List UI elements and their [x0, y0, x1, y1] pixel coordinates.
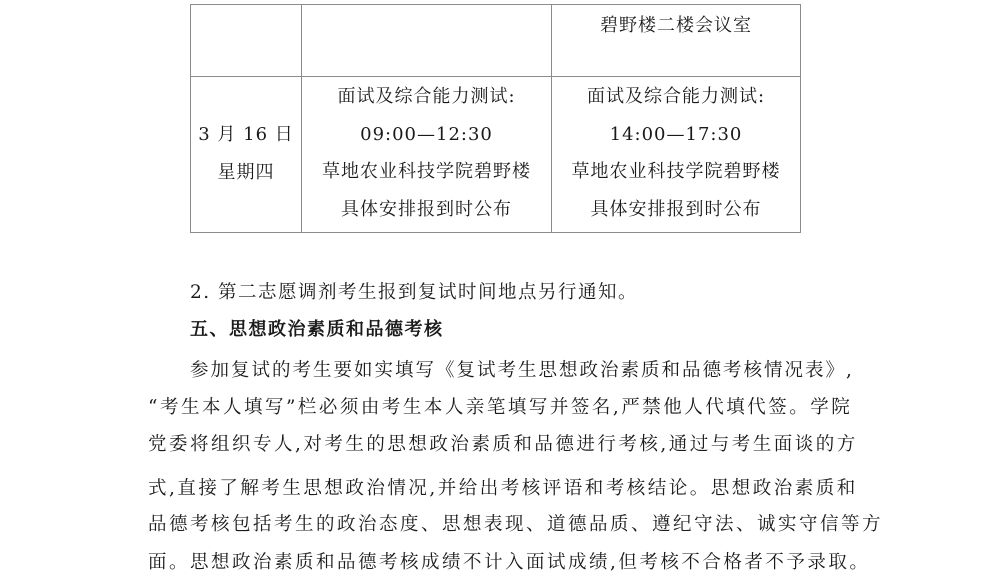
session-note: 具体安排报到时公布 [591, 191, 762, 229]
list-item-2: 2. 第二志愿调剂考生报到复试时间地点另行通知。 [190, 274, 638, 311]
section-heading: 五、思想政治素质和品德考核 [190, 311, 444, 348]
table-row: 3 月 16 日 星期四 面试及综合能力测试: 09:00—12:30 草地农业… [191, 77, 801, 233]
morning-cell [302, 5, 552, 77]
paragraph-line: 面。思想政治素质和品德考核成绩不计入面试成绩,但考核不合格者不予录取。 [148, 544, 870, 581]
schedule-table: 碧野楼二楼会议室 3 月 16 日 星期四 面试及综合能力测试: 09:00—1… [190, 4, 801, 233]
table-row: 碧野楼二楼会议室 [191, 5, 801, 77]
afternoon-cell: 面试及综合能力测试: 14:00—17:30 草地农业科技学院碧野楼 具体安排报… [552, 77, 801, 233]
afternoon-cell: 碧野楼二楼会议室 [552, 5, 801, 77]
paragraph-line: “考生本人填写”栏必须由考生本人亲笔填写并签名,严禁他人代填代签。学院 [148, 389, 852, 426]
paragraph-line: 品德考核包括考生的政治态度、思想表现、道德品质、遵纪守法、诚实守信等方 [148, 506, 883, 543]
weekday-text: 星期四 [218, 154, 275, 192]
date-cell [191, 5, 302, 77]
session-time: 09:00—12:30 [360, 116, 493, 154]
morning-cell: 面试及综合能力测试: 09:00—12:30 草地农业科技学院碧野楼 具体安排报… [302, 77, 552, 233]
paragraph-line: 式,直接了解考生思想政治情况,并给出考核评语和考核结论。思想政治素质和 [148, 470, 858, 507]
location-text: 碧野楼二楼会议室 [600, 7, 752, 45]
session-location: 草地农业科技学院碧野楼 [572, 153, 781, 191]
date-cell: 3 月 16 日 星期四 [191, 77, 302, 233]
session-location: 草地农业科技学院碧野楼 [322, 153, 531, 191]
session-note: 具体安排报到时公布 [341, 191, 512, 229]
paragraph-line: 党委将组织专人,对考生的思想政治素质和品德进行考核,通过与考生面谈的方 [148, 426, 858, 463]
session-title: 面试及综合能力测试: [587, 78, 765, 116]
session-time: 14:00—17:30 [610, 116, 743, 154]
session-title: 面试及综合能力测试: [337, 78, 515, 116]
date-text: 3 月 16 日 [198, 116, 294, 154]
paragraph-line: 参加复试的考生要如实填写《复试考生思想政治素质和品德考核情况表》, [190, 352, 854, 389]
